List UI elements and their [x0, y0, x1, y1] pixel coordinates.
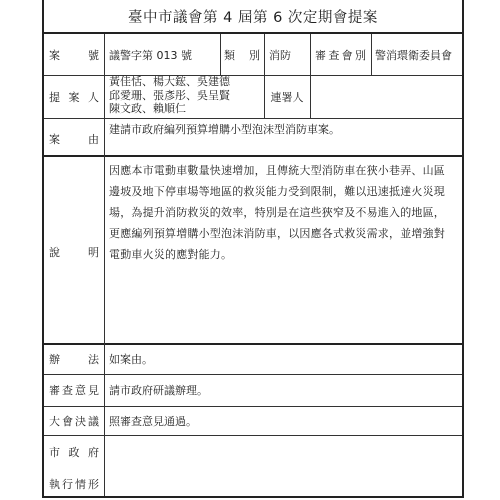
city-execution-label: 市 政 府 執 行 情 形	[44, 435, 104, 496]
document-title: 臺中市議會第 4 屆第 6 次定期會提案	[44, 0, 462, 34]
label-char: 查	[328, 47, 339, 63]
row-divider	[44, 374, 462, 375]
explanation-line: 因應本市電動車數量快速增加，且傳統大型消防車在狹小巷弄、山區	[109, 160, 457, 181]
label-char: 提	[49, 89, 60, 105]
label-char: 大	[49, 413, 60, 429]
label-char: 類	[224, 47, 235, 63]
review-committee-value: 警消環衛委員會	[371, 34, 462, 75]
row-divider	[44, 118, 462, 119]
label-char: 別	[355, 47, 366, 63]
label-char: 別	[249, 47, 260, 63]
assembly-resolution-label: 大 會 決 議	[44, 406, 104, 435]
row-divider	[44, 435, 462, 436]
label-char: 執	[49, 476, 60, 492]
proposer-line: 陳文政、賴順仁	[109, 102, 259, 116]
column-divider	[371, 34, 372, 75]
label-char: 明	[88, 244, 99, 260]
column-divider	[264, 34, 265, 118]
category-label: 類 別	[220, 34, 264, 75]
label-char: 案	[49, 131, 60, 147]
column-divider	[104, 34, 105, 496]
method-value: 如案由。	[104, 344, 462, 374]
label-char: 人	[88, 89, 99, 105]
proposers-label: 提 案 人	[44, 75, 104, 118]
label-char: 辦	[49, 351, 60, 367]
explanation-line: 邊坡及地下停車場等地區的救災能力受到限制，難以迅速抵達火災現	[109, 181, 457, 202]
label-char: 決	[75, 413, 86, 429]
label-char: 見	[88, 382, 99, 398]
review-opinion-label: 審 查 意 見	[44, 374, 104, 406]
label-char: 情	[75, 476, 86, 492]
label-char: 會	[342, 47, 353, 63]
label-char: 案	[49, 47, 60, 63]
explanation-value: 因應本市電動車數量快速增加，且傳統大型消防車在狹小巷弄、山區 邊坡及地下停車場等…	[104, 156, 462, 344]
label-char: 會	[62, 413, 73, 429]
column-divider	[310, 34, 311, 118]
subject-label: 案 由	[44, 118, 104, 156]
review-opinion-value: 請市政府研議辦理。	[104, 374, 462, 406]
label-char: 形	[88, 476, 99, 492]
explanation-line: 場，為提升消防救災的效率，特別是在這些狹窄及不易進入的地區，	[109, 202, 457, 223]
label-char: 查	[62, 382, 73, 398]
cosigners-label: 連署人	[264, 75, 310, 118]
row-divider	[44, 155, 462, 157]
explanation-label: 說 明	[44, 156, 104, 344]
city-execution-value	[104, 435, 462, 496]
column-divider	[220, 34, 221, 75]
label-char: 審	[49, 382, 60, 398]
row-divider	[44, 406, 462, 407]
row-divider	[44, 343, 462, 345]
label-char: 市	[49, 444, 60, 460]
assembly-resolution-value: 照審查意見通過。	[104, 406, 462, 435]
cosigners-value	[310, 75, 462, 118]
case-number-label: 案 號	[44, 34, 104, 75]
proposer-line: 黃佳恬、楊大鋐、吳建德	[109, 75, 259, 89]
case-number-value: 議警字第 013 號	[104, 34, 220, 75]
proposer-line: 邱愛珊、張彥彤、吳呈賢	[109, 89, 259, 103]
label-char: 號	[88, 47, 99, 63]
label-char: 說	[49, 244, 60, 260]
explanation-line: 更應編列預算增購小型泡沫消防車，以因應各式救災需求，並增強對	[109, 223, 457, 244]
explanation-line: 電動車火災的應對能力。	[109, 244, 457, 265]
review-committee-label: 審 查 會 別	[310, 34, 371, 75]
label-char: 由	[88, 131, 99, 147]
label-char: 案	[69, 89, 80, 105]
subject-value: 建請市政府編列預算增購小型泡沫型消防車案。	[104, 118, 462, 156]
method-label: 辦 法	[44, 344, 104, 374]
proposal-form: 臺中市議會第 4 屆第 6 次定期會提案 案 號 議警字第 013 號 類 別 …	[42, 0, 464, 498]
category-value: 消防	[264, 34, 310, 75]
proposers-value: 黃佳恬、楊大鋐、吳建德 邱愛珊、張彥彤、吳呈賢 陳文政、賴順仁	[104, 75, 264, 118]
label-char: 議	[88, 413, 99, 429]
label-char: 行	[62, 476, 73, 492]
label-char: 府	[88, 444, 99, 460]
row-divider	[44, 75, 462, 76]
label-char: 審	[315, 47, 326, 63]
label-char: 政	[69, 444, 80, 460]
label-char: 法	[88, 351, 99, 367]
label-char: 意	[75, 382, 86, 398]
